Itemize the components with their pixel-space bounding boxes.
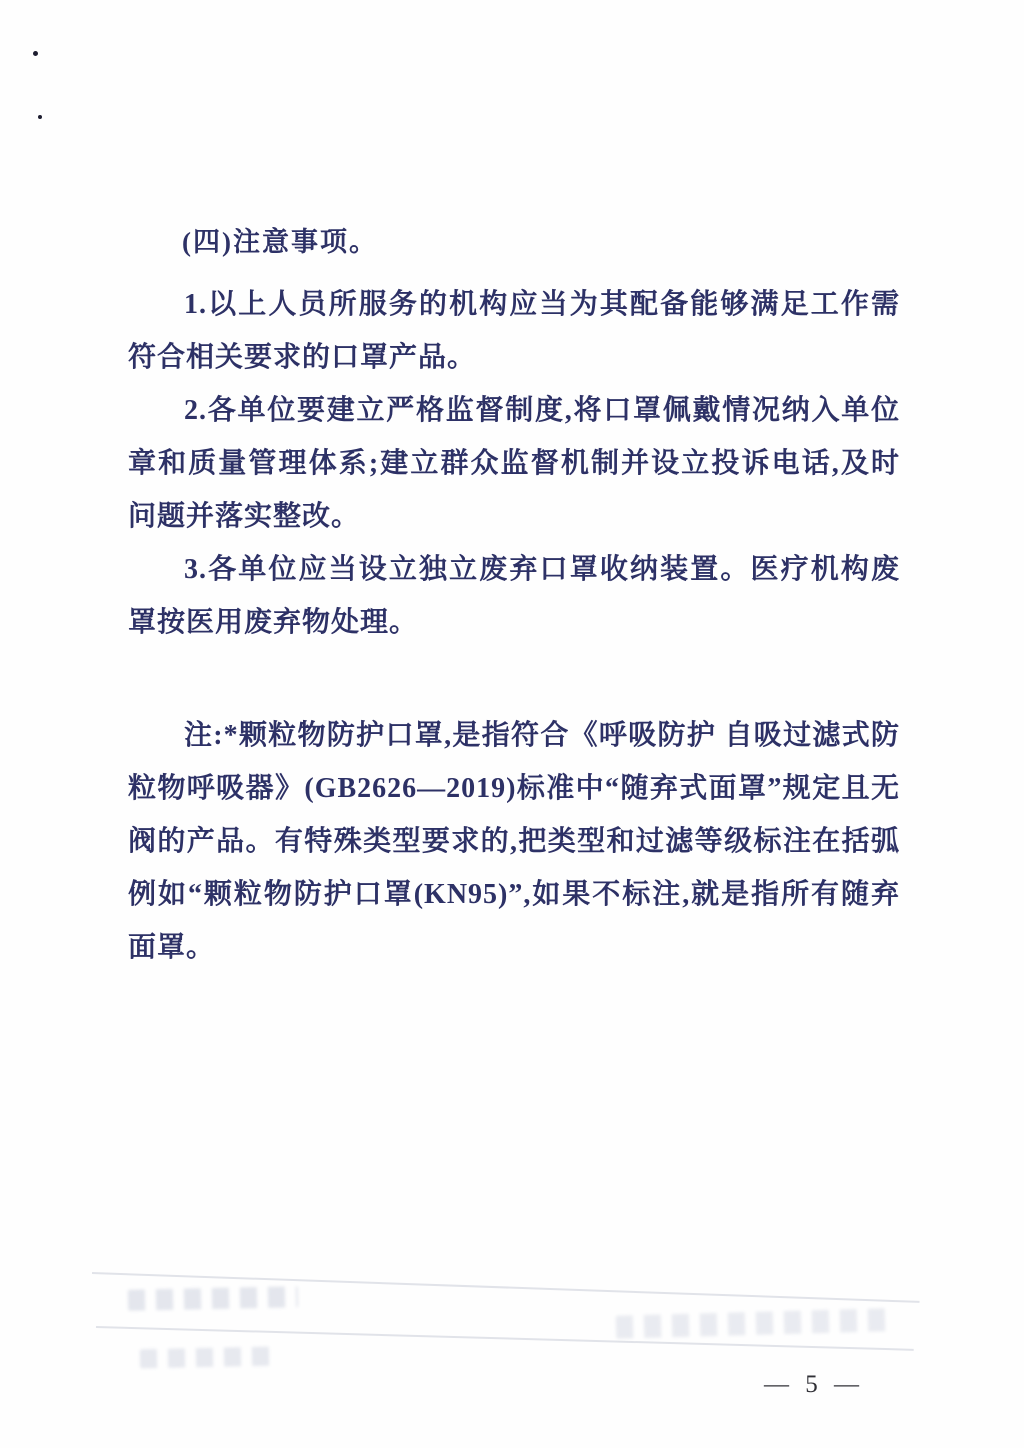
text-line: 粒物呼吸器》(GB2626—2019)标准中“随弃式面罩”规定且无呼气	[128, 762, 900, 815]
paragraph-1: 1.以上人员所服务的机构应当为其配备能够满足工作需要、 符合相关要求的口罩产品。	[128, 278, 900, 384]
text-line: 问题并落实整改。	[128, 490, 900, 543]
footnote-paragraph: 注:*颗粒物防护口罩,是指符合《呼吸防护 自吸过滤式防颗 粒物呼吸器》(GB26…	[128, 709, 900, 974]
scan-speckle-dot	[33, 51, 38, 56]
text-line: 阀的产品。有特殊类型要求的,把类型和过滤等级标注在括弧里,	[128, 815, 900, 868]
text-line: 1.以上人员所服务的机构应当为其配备能够满足工作需要、	[128, 278, 900, 331]
document-body: (四)注意事项。 1.以上人员所服务的机构应当为其配备能够满足工作需要、 符合相…	[128, 216, 900, 974]
section-heading: (四)注意事项。	[128, 216, 900, 269]
text-line: 2.各单位要建立严格监督制度,将口罩佩戴情况纳入单位规	[128, 384, 900, 437]
text-line: 注:*颗粒物防护口罩,是指符合《呼吸防护 自吸过滤式防颗	[128, 709, 900, 762]
text-line: 罩按医用废弃物处理。	[128, 596, 900, 649]
page-number: — 5 —	[744, 1368, 884, 1402]
scan-speckle-dot	[38, 115, 42, 119]
text-line: 3.各单位应当设立独立废弃口罩收纳装置。医疗机构废弃口	[128, 543, 900, 596]
ink-bleedthrough-mark	[616, 1308, 887, 1339]
text-line: 符合相关要求的口罩产品。	[128, 331, 900, 384]
text-line: 章和质量管理体系;建立群众监督机制并设立投诉电话,及时发现	[128, 437, 900, 490]
ink-bleedthrough-mark	[140, 1347, 270, 1369]
paragraph-3: 3.各单位应当设立独立废弃口罩收纳装置。医疗机构废弃口 罩按医用废弃物处理。	[128, 543, 900, 649]
text-line: 面罩。	[128, 921, 900, 974]
scanned-document-page: (四)注意事项。 1.以上人员所服务的机构应当为其配备能够满足工作需要、 符合相…	[0, 0, 1024, 1448]
text-line: 例如“颗粒物防护口罩(KN95)”,如果不标注,就是指所有随弃式	[128, 868, 900, 921]
paragraph-2: 2.各单位要建立严格监督制度,将口罩佩戴情况纳入单位规 章和质量管理体系;建立群…	[128, 384, 900, 543]
ink-bleedthrough-mark	[128, 1286, 298, 1311]
